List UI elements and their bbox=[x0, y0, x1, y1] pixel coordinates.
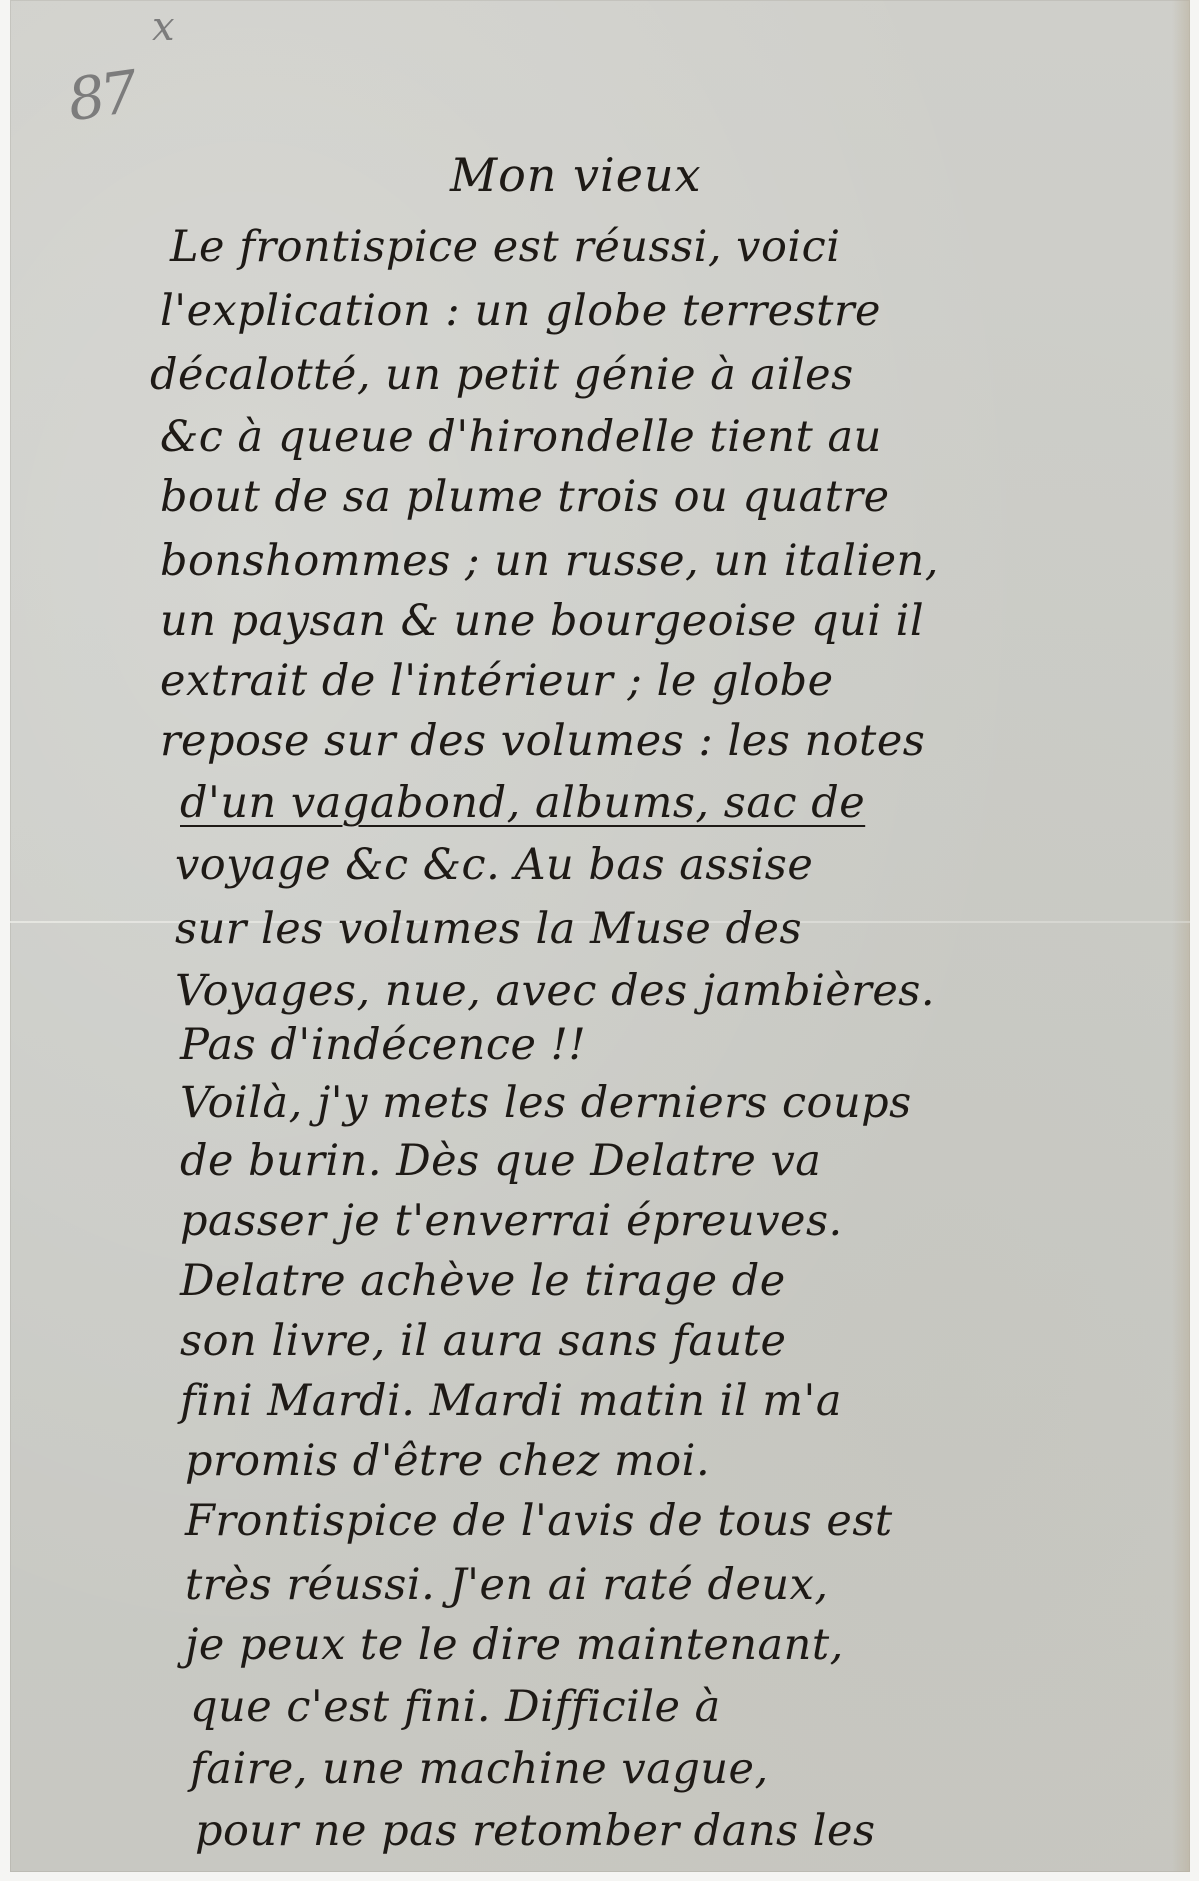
letter-line: Delatre achève le tirage de bbox=[180, 1256, 786, 1306]
letter-line: Frontispice de l'avis de tous est bbox=[185, 1496, 893, 1546]
letter-line: de burin. Dès que Delatre va bbox=[180, 1136, 821, 1186]
letter-line: Le frontispice est réussi, voici bbox=[170, 222, 840, 272]
letter-line: fini Mardi. Mardi matin il m'a bbox=[180, 1376, 842, 1426]
letter-line-underlined: d'un vagabond, albums, sac de bbox=[180, 778, 865, 828]
letter-line: bonshommes ; un russe, un italien, bbox=[160, 536, 939, 586]
letter-line: que c'est fini. Difficile à bbox=[190, 1682, 721, 1732]
letter-sheet: 87 x Mon vieux Le frontispice est réussi… bbox=[10, 0, 1190, 1872]
letter-line: Voilà, j'y mets les derniers coups bbox=[180, 1078, 912, 1128]
letter-line: repose sur des volumes : les notes bbox=[160, 716, 925, 766]
letter-line: &c à queue d'hirondelle tient au bbox=[160, 412, 882, 462]
letter-line: bout de sa plume trois ou quatre bbox=[160, 472, 890, 522]
letter-line: faire, une machine vague, bbox=[190, 1744, 769, 1794]
letter-line: passer je t'enverrai épreuves. bbox=[180, 1196, 843, 1246]
letter-line: promis d'être chez moi. bbox=[185, 1436, 710, 1486]
letter-line: pour ne pas retomber dans les bbox=[195, 1806, 876, 1856]
scanned-page: 87 x Mon vieux Le frontispice est réussi… bbox=[0, 0, 1199, 1881]
letter-body: Mon vieux Le frontispice est réussi, voi… bbox=[10, 0, 1190, 1872]
letter-line: Pas d'indécence !! bbox=[180, 1020, 586, 1070]
salutation: Mon vieux bbox=[450, 148, 702, 202]
letter-line: voyage &c &c. Au bas assise bbox=[175, 840, 813, 890]
letter-line: l'explication : un globe terrestre bbox=[160, 286, 881, 336]
letter-line: un paysan & une bourgeoise qui il bbox=[160, 596, 924, 646]
letter-line: Voyages, nue, avec des jambières. bbox=[175, 966, 935, 1016]
letter-line: je peux te le dire maintenant, bbox=[185, 1620, 844, 1670]
letter-line: décalotté, un petit génie à ailes bbox=[150, 350, 854, 400]
letter-line: son livre, il aura sans faute bbox=[180, 1316, 786, 1366]
letter-line: très réussi. J'en ai raté deux, bbox=[185, 1560, 829, 1610]
letter-line: extrait de l'intérieur ; le globe bbox=[160, 656, 834, 706]
letter-line: sur les volumes la Muse des bbox=[175, 904, 802, 954]
